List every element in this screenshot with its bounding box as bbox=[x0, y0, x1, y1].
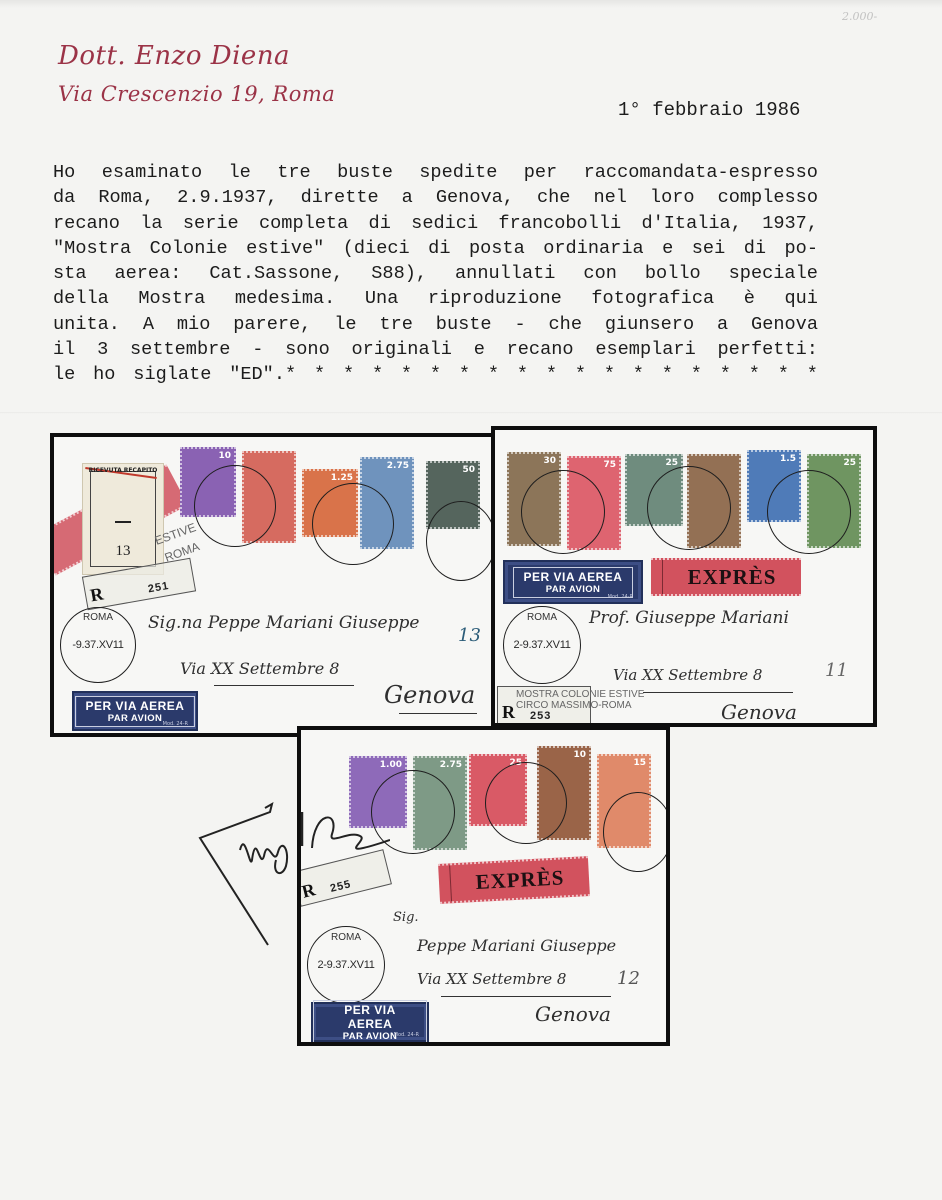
postmark-roma: ROMA -9.37.XV11 bbox=[60, 607, 136, 683]
body-line: "MostraColonieestive"(diecidipostaordina… bbox=[53, 236, 818, 261]
address-line-2: Via XX Settembre 8 bbox=[613, 666, 762, 684]
postmark bbox=[647, 466, 731, 550]
airmail-label: PER VIA AEREA PAR AVION Mod. 24-R bbox=[311, 1002, 429, 1042]
postmark-roma: ROMA 2-9.37.XV11 bbox=[503, 606, 581, 684]
pencil-number: 12 bbox=[617, 968, 640, 989]
expert-signature-icon bbox=[190, 790, 390, 950]
postmark bbox=[194, 465, 276, 547]
address-line-2: Via XX Settembre 8 bbox=[417, 970, 566, 988]
envelope-1: RICEVUTA RECAPITO 13 R 251 ESTIVE ROMA 1… bbox=[50, 433, 497, 737]
page-edge bbox=[0, 0, 942, 8]
body-line: lehosiglate"ED".******************* bbox=[53, 362, 818, 387]
envelope-2: 30 75 25 1.5 25 PER VIA AEREA PAR AVION … bbox=[491, 426, 877, 727]
postmark bbox=[521, 470, 605, 554]
registration-number: 251 bbox=[147, 580, 170, 596]
express-label: EXPRÈS bbox=[651, 558, 801, 596]
postmark bbox=[485, 762, 567, 844]
body-line: unita.Amioparere,letrebuste-chegiunseroa… bbox=[53, 312, 818, 337]
address-line-1: Peppe Mariani Giuseppe bbox=[417, 936, 616, 955]
postmark bbox=[767, 470, 851, 554]
postmark bbox=[312, 483, 394, 565]
certificate-date: 1° febbraio 1986 bbox=[618, 99, 800, 121]
address-city: Genova bbox=[535, 1002, 611, 1026]
letterhead: Dott. Enzo Diena Via Crescenzio 19, Roma bbox=[58, 38, 335, 110]
pencil-number: 11 bbox=[825, 660, 848, 681]
receipt-number: 13 bbox=[83, 543, 163, 560]
address-city: Genova bbox=[721, 700, 797, 724]
address-salutation: Sig. bbox=[393, 910, 419, 925]
airmail-label: PER VIA AEREA PAR AVION Mod. 24-R bbox=[503, 560, 643, 604]
body-line: daRoma,2.9.1937,diretteaGenova,chenellor… bbox=[53, 185, 818, 210]
address-line-1: Sig.na Peppe Mariani Giuseppe bbox=[148, 613, 419, 633]
express-label: EXPRÈS bbox=[438, 856, 590, 904]
receipt-title: RICEVUTA RECAPITO bbox=[87, 467, 159, 474]
address-city: Genova bbox=[384, 681, 475, 709]
body-line: recanolaseriecompletadisedicifrancobolli… bbox=[53, 211, 818, 236]
address-line-2: Via XX Settembre 8 bbox=[180, 659, 339, 678]
receipt-label: RICEVUTA RECAPITO 13 bbox=[82, 463, 164, 575]
airmail-label: PER VIA AEREA PAR AVION Mod. 24-R bbox=[72, 691, 198, 731]
postmark bbox=[426, 501, 496, 581]
postmark bbox=[603, 792, 670, 872]
registration-box: MOSTRA COLONIE ESTIVECIRCO MASSIMO-ROMA … bbox=[497, 686, 591, 726]
address-line-1: Prof. Giuseppe Mariani bbox=[589, 608, 789, 628]
body-line: dellaMostramedesima.Unariproduzionefotog… bbox=[53, 286, 818, 311]
fold-line bbox=[0, 412, 942, 414]
body-line: Hoesaminatoletrebustespediteperraccomand… bbox=[53, 160, 818, 185]
registration-number: 253 bbox=[530, 710, 551, 722]
letterhead-address: Via Crescenzio 19, Roma bbox=[58, 78, 335, 110]
certificate-body: Hoesaminatoletrebustespediteperraccomand… bbox=[53, 160, 818, 388]
body-line: staaerea:Cat.Sassone,S88),annullaticonbo… bbox=[53, 261, 818, 286]
pencil-number: 13 bbox=[458, 625, 481, 646]
pencil-price-note: 2.000- bbox=[842, 10, 877, 23]
body-line: il3settembre-sonooriginalierecanoesempla… bbox=[53, 337, 818, 362]
letterhead-name: Dott. Enzo Diena bbox=[58, 38, 335, 74]
